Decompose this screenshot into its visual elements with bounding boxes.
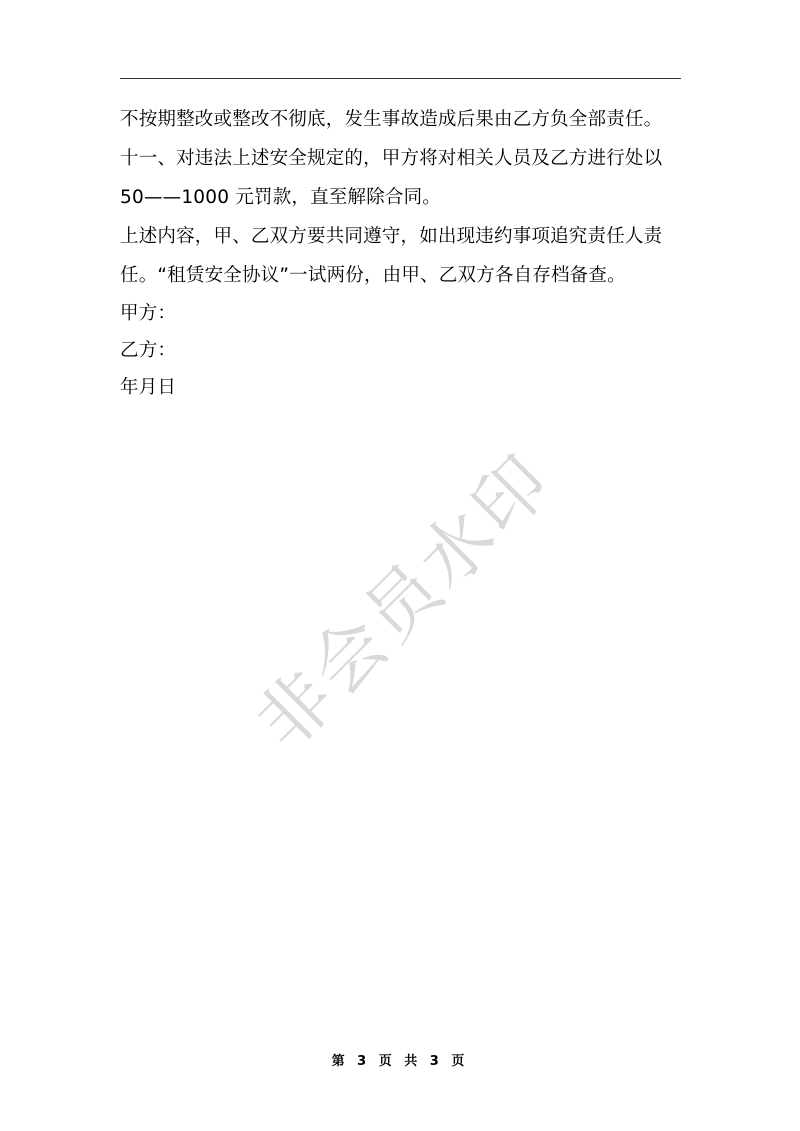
document-page: 不按期整改或整改不彻底，发生事故造成后果由乙方负全部责任。 十一、对违法上述安全… xyxy=(0,0,800,1131)
paragraph-line-5: 任。“租赁安全协议”一试两份，由甲、乙双方各自存档备查。 xyxy=(120,256,690,295)
document-body: 不按期整改或整改不彻底，发生事故造成后果由乙方负全部责任。 十一、对违法上述安全… xyxy=(120,100,690,406)
page-number: 第 3 页 共 3 页 xyxy=(0,1050,800,1069)
watermark: 非会员水印 xyxy=(215,412,586,783)
paragraph-line-4: 上述内容，甲、乙双方要共同遵守，如出现违约事项追究责任人责 xyxy=(120,217,690,256)
paragraph-line-3: 50——1000 元罚款，直至解除合同。 xyxy=(120,178,690,217)
party-a-signature-label: 甲方： xyxy=(120,295,690,332)
paragraph-line-2: 十一、对违法上述安全规定的，甲方将对相关人员及乙方进行处以 xyxy=(120,139,690,178)
party-b-signature-label: 乙方： xyxy=(120,332,690,369)
paragraph-line-1: 不按期整改或整改不彻底，发生事故造成后果由乙方负全部责任。 xyxy=(120,100,690,139)
date-label: 年月日 xyxy=(120,369,690,406)
header-divider xyxy=(120,78,681,79)
